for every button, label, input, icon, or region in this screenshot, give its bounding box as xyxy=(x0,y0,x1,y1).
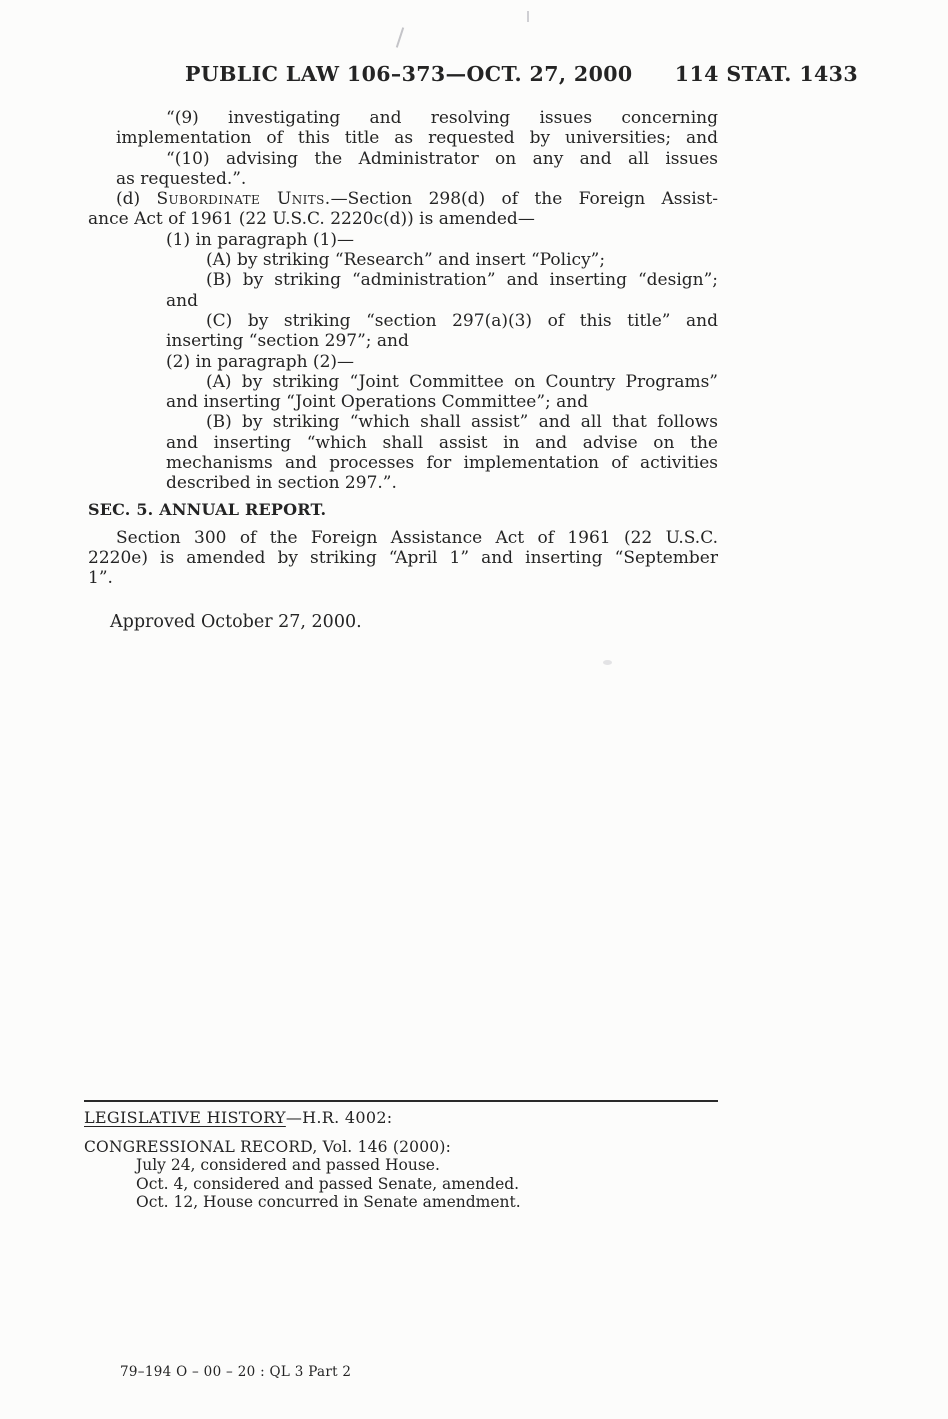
history-entry: Oct. 12, House concurred in Senate amend… xyxy=(136,1193,718,1212)
body-line: inserting “section 297”; and xyxy=(166,331,718,351)
body-line: and inserting “Joint Operations Committe… xyxy=(166,392,718,412)
history-entry: July 24, considered and passed House. xyxy=(136,1156,718,1175)
statute-page: PUBLIC LAW 106–373—OCT. 27, 2000 114 STA… xyxy=(0,0,948,1419)
body-line: (C) by striking “section 297(a)(3) of th… xyxy=(206,311,718,331)
body-line: ance Act of 1961 (22 U.S.C. 2220c(d)) is… xyxy=(88,209,718,229)
body-line: “(10) advising the Administrator on any … xyxy=(166,149,718,169)
body-line: (A) by striking “Joint Committee on Coun… xyxy=(206,372,718,392)
scan-artifact-slash xyxy=(396,27,404,48)
legislative-history-bill-number: —H.R. 4002: xyxy=(286,1108,393,1127)
scan-artifact-tick xyxy=(527,11,529,22)
body-line: “(9) investigating and resolving issues … xyxy=(166,108,718,128)
body-line: (2) in paragraph (2)— xyxy=(166,352,718,372)
legislative-history-title: LEGISLATIVE HISTORY—H.R. 4002: xyxy=(84,1109,718,1128)
body-line: described in section 297.”. xyxy=(166,473,718,493)
section-heading: SEC. 5. ANNUAL REPORT. xyxy=(88,500,718,520)
horizontal-rule xyxy=(84,1100,718,1102)
body-line: as requested.”. xyxy=(116,169,718,189)
body-line: 2220e) is amended by striking “April 1” … xyxy=(88,548,718,568)
legislative-history-block: LEGISLATIVE HISTORY—H.R. 4002: CONGRESSI… xyxy=(84,1100,718,1212)
body-line: and xyxy=(166,291,718,311)
history-entry: Oct. 4, considered and passed Senate, am… xyxy=(136,1175,718,1194)
scan-artifact-smudge xyxy=(603,660,612,665)
statute-text-column: “(9) investigating and resolving issues … xyxy=(88,108,718,632)
body-line: (A) by striking “Research” and insert “P… xyxy=(206,250,718,270)
section-body: Section 300 of the Foreign Assistance Ac… xyxy=(88,528,718,589)
body-line: (d) Subordinate Units.—Section 298(d) of… xyxy=(116,189,718,209)
body-line: Section 300 of the Foreign Assistance Ac… xyxy=(116,528,718,548)
body-line: (1) in paragraph (1)— xyxy=(166,230,718,250)
line-text: —Section 298(d) of the Foreign Assist- xyxy=(331,189,718,209)
gpo-imprint: 79–194 O – 00 – 20 : QL 3 Part 2 xyxy=(120,1364,351,1380)
approved-line: Approved October 27, 2000. xyxy=(110,612,718,632)
running-head-stat-number: 114 STAT. 1433 xyxy=(675,62,858,86)
congressional-record-line: CONGRESSIONAL RECORD, Vol. 146 (2000): xyxy=(84,1138,718,1157)
line-text: (d) xyxy=(116,189,157,209)
body-line: mechanisms and processes for implementat… xyxy=(166,453,718,473)
body-line: implementation of this title as requeste… xyxy=(116,128,718,148)
running-head-law-title: PUBLIC LAW 106–373—OCT. 27, 2000 xyxy=(185,62,633,86)
body-line: (B) by striking “administration” and ins… xyxy=(206,270,718,290)
legislative-history-title-underlined: LEGISLATIVE HISTORY xyxy=(84,1108,286,1127)
body-line: (B) by striking “which shall assist” and… xyxy=(206,412,718,432)
body-line: and inserting “which shall assist in and… xyxy=(166,433,718,453)
small-caps-text: Subordinate Units. xyxy=(157,189,331,209)
body-line: 1”. xyxy=(88,568,718,588)
